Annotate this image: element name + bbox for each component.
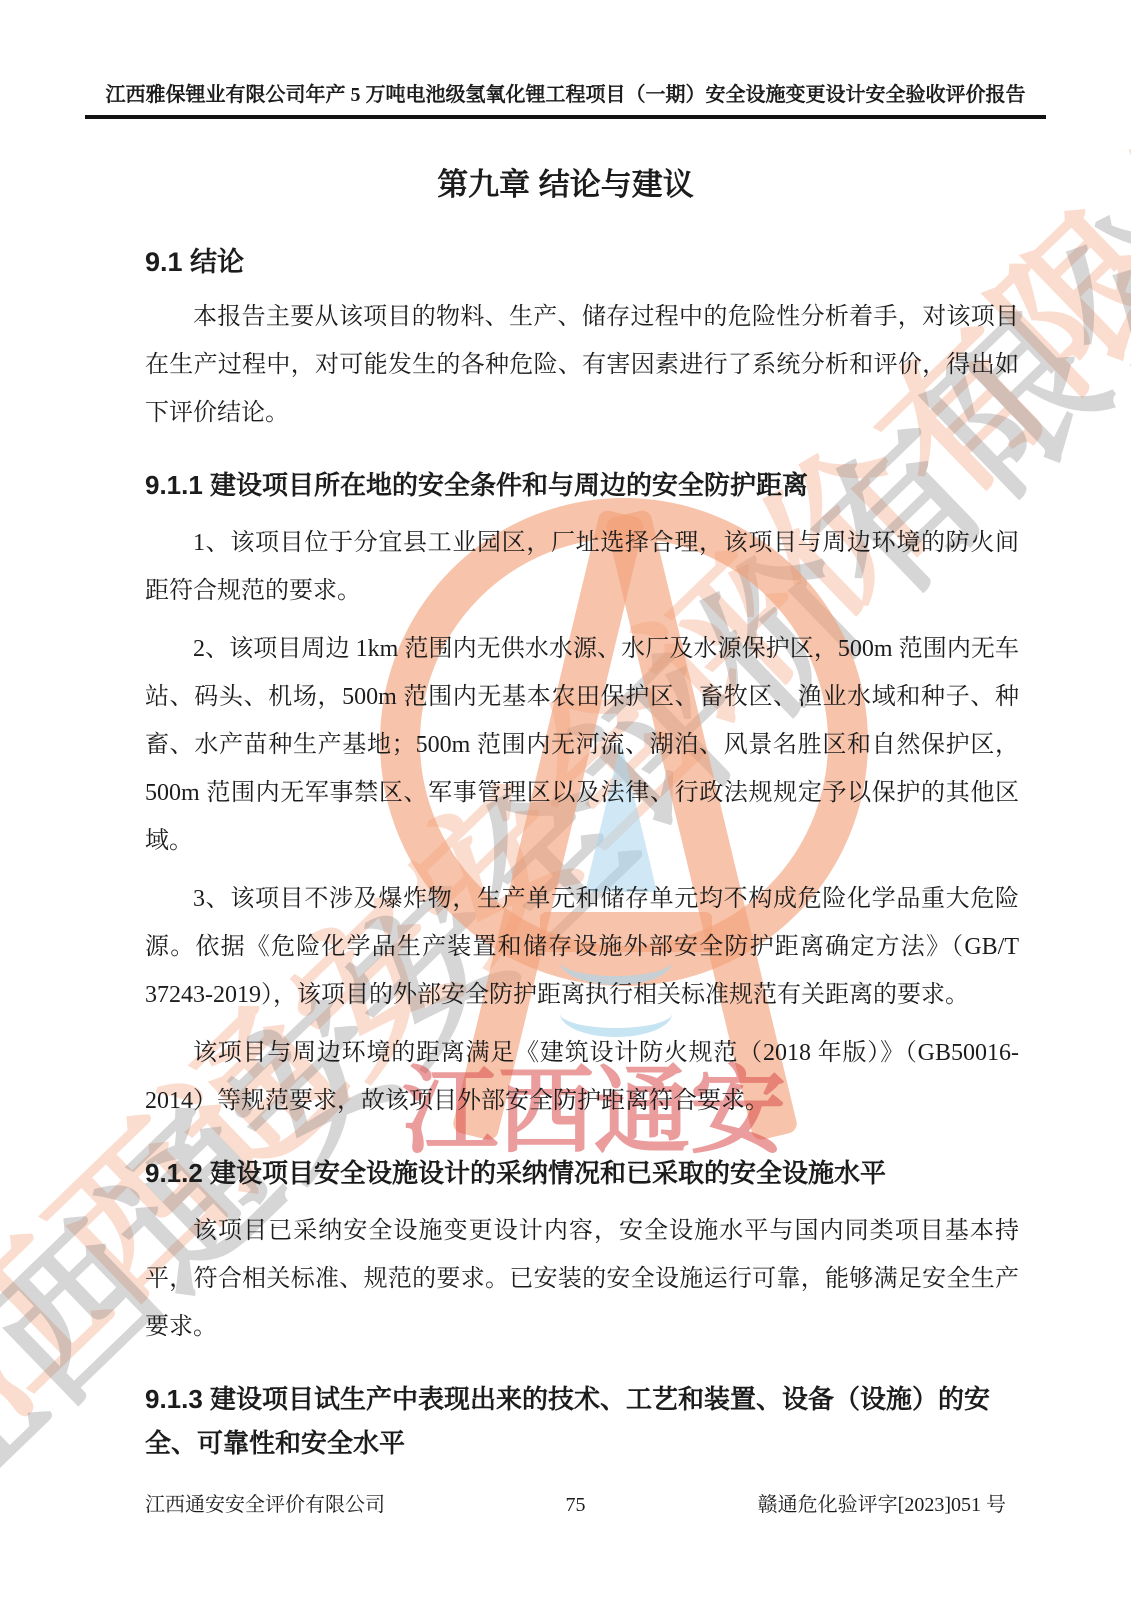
section-heading: 9.1.2 建设项目安全设施设计的采纳情况和已采取的安全设施水平 <box>145 1151 1019 1195</box>
body-paragraph: 1、该项目位于分宜县工业园区，厂址选择合理，该项目与周边环境的防火间距符合规范的… <box>145 519 1019 615</box>
section-heading: 9.1.3 建设项目试生产中表现出来的技术、工艺和装置、设备（设施）的安全、可靠… <box>145 1377 1019 1465</box>
page-header: 江西雅保锂业有限公司年产 5 万吨电池级氢氧化锂工程项目（一期）安全设施变更设计… <box>85 0 1046 119</box>
body-paragraph: 本报告主要从该项目的物料、生产、储存过程中的危险性分析着手，对该项目在生产过程中… <box>145 293 1019 437</box>
section-heading: 9.1 结论 <box>145 240 1019 279</box>
footer-company: 江西通安安全评价有限公司 <box>145 1488 566 1517</box>
body-paragraph: 该项目与周边环境的距离满足《建筑设计防火规范（2018 年版）》（GB50016… <box>145 1029 1019 1125</box>
body-paragraph: 2、该项目周边 1km 范围内无供水水源、水厂及水源保护区，500m 范围内无车… <box>145 625 1019 865</box>
footer-doc-number: 赣通危化验评字[2023]051 号 <box>586 1488 1007 1517</box>
document-page: 江西雅保锂业有限公司年产 5 万吨电池级氢氧化锂工程项目（一期）安全设施变更设计… <box>0 0 1131 1465</box>
body-paragraph: 该项目已采纳安全设施变更设计内容，安全设施水平与国内同类项目基本持平，符合相关标… <box>145 1207 1019 1351</box>
section-heading: 9.1.1 建设项目所在地的安全条件和与周边的安全防护距离 <box>145 463 1019 507</box>
body-paragraph: 3、该项目不涉及爆炸物，生产单元和储存单元均不构成危险化学品重大危险源。依据《危… <box>145 875 1019 1019</box>
footer-page-number: 75 <box>566 1494 586 1517</box>
chapter-title: 第九章 结论与建议 <box>0 159 1131 204</box>
page-footer: 江西通安安全评价有限公司 75 赣通危化验评字[2023]051 号 <box>145 1488 1006 1517</box>
document-body: 9.1 结论本报告主要从该项目的物料、生产、储存过程中的危险性分析着手，对该项目… <box>145 240 1019 1465</box>
